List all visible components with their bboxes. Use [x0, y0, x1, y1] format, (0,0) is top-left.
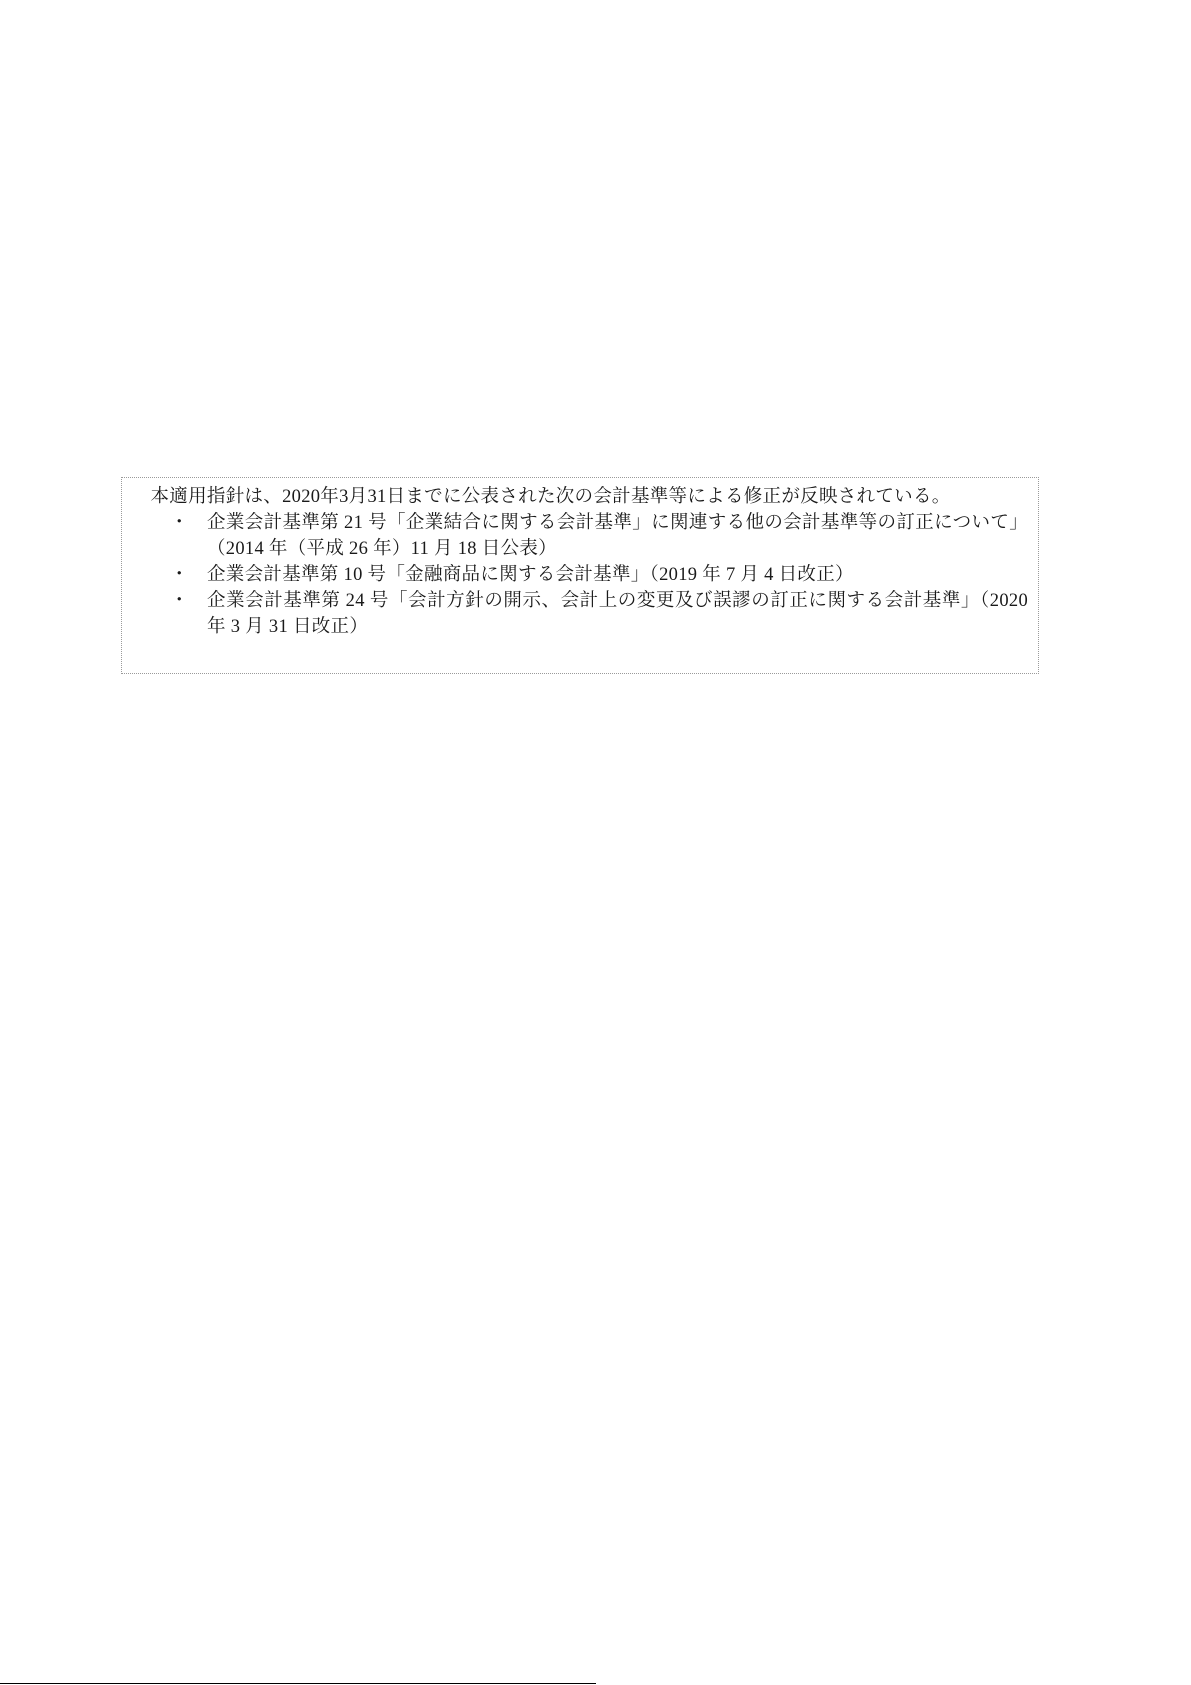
list-item: ・ 企業会計基準第 24 号「会計方針の開示、会計上の変更及び誤謬の訂正に関する… — [132, 588, 1028, 640]
amendment-note-box: 本適用指針は、2020年3月31日までに公表された次の会計基準等による修正が反映… — [121, 477, 1039, 674]
list-item: ・ 企業会計基準第 10 号「金融商品に関する会計基準」（2019 年 7 月 … — [132, 562, 1028, 588]
bullet-icon: ・ — [170, 510, 184, 536]
list-item: ・ 企業会計基準第 21 号「企業結合に関する会計基準」に関連する他の会計基準等… — [132, 510, 1028, 562]
amendment-list: ・ 企業会計基準第 21 号「企業結合に関する会計基準」に関連する他の会計基準等… — [132, 510, 1028, 640]
list-item-text: 企業会計基準第 21 号「企業結合に関する会計基準」に関連する他の会計基準等の訂… — [207, 513, 1028, 559]
footnote-separator-line — [0, 1683, 596, 1684]
list-item-text: 企業会計基準第 24 号「会計方針の開示、会計上の変更及び誤謬の訂正に関する会計… — [207, 591, 1028, 637]
bullet-icon: ・ — [170, 562, 184, 588]
intro-paragraph: 本適用指針は、2020年3月31日までに公表された次の会計基準等による修正が反映… — [132, 484, 1028, 510]
list-item-text: 企業会計基準第 10 号「金融商品に関する会計基準」（2019 年 7 月 4 … — [207, 565, 854, 585]
bullet-icon: ・ — [170, 588, 184, 614]
